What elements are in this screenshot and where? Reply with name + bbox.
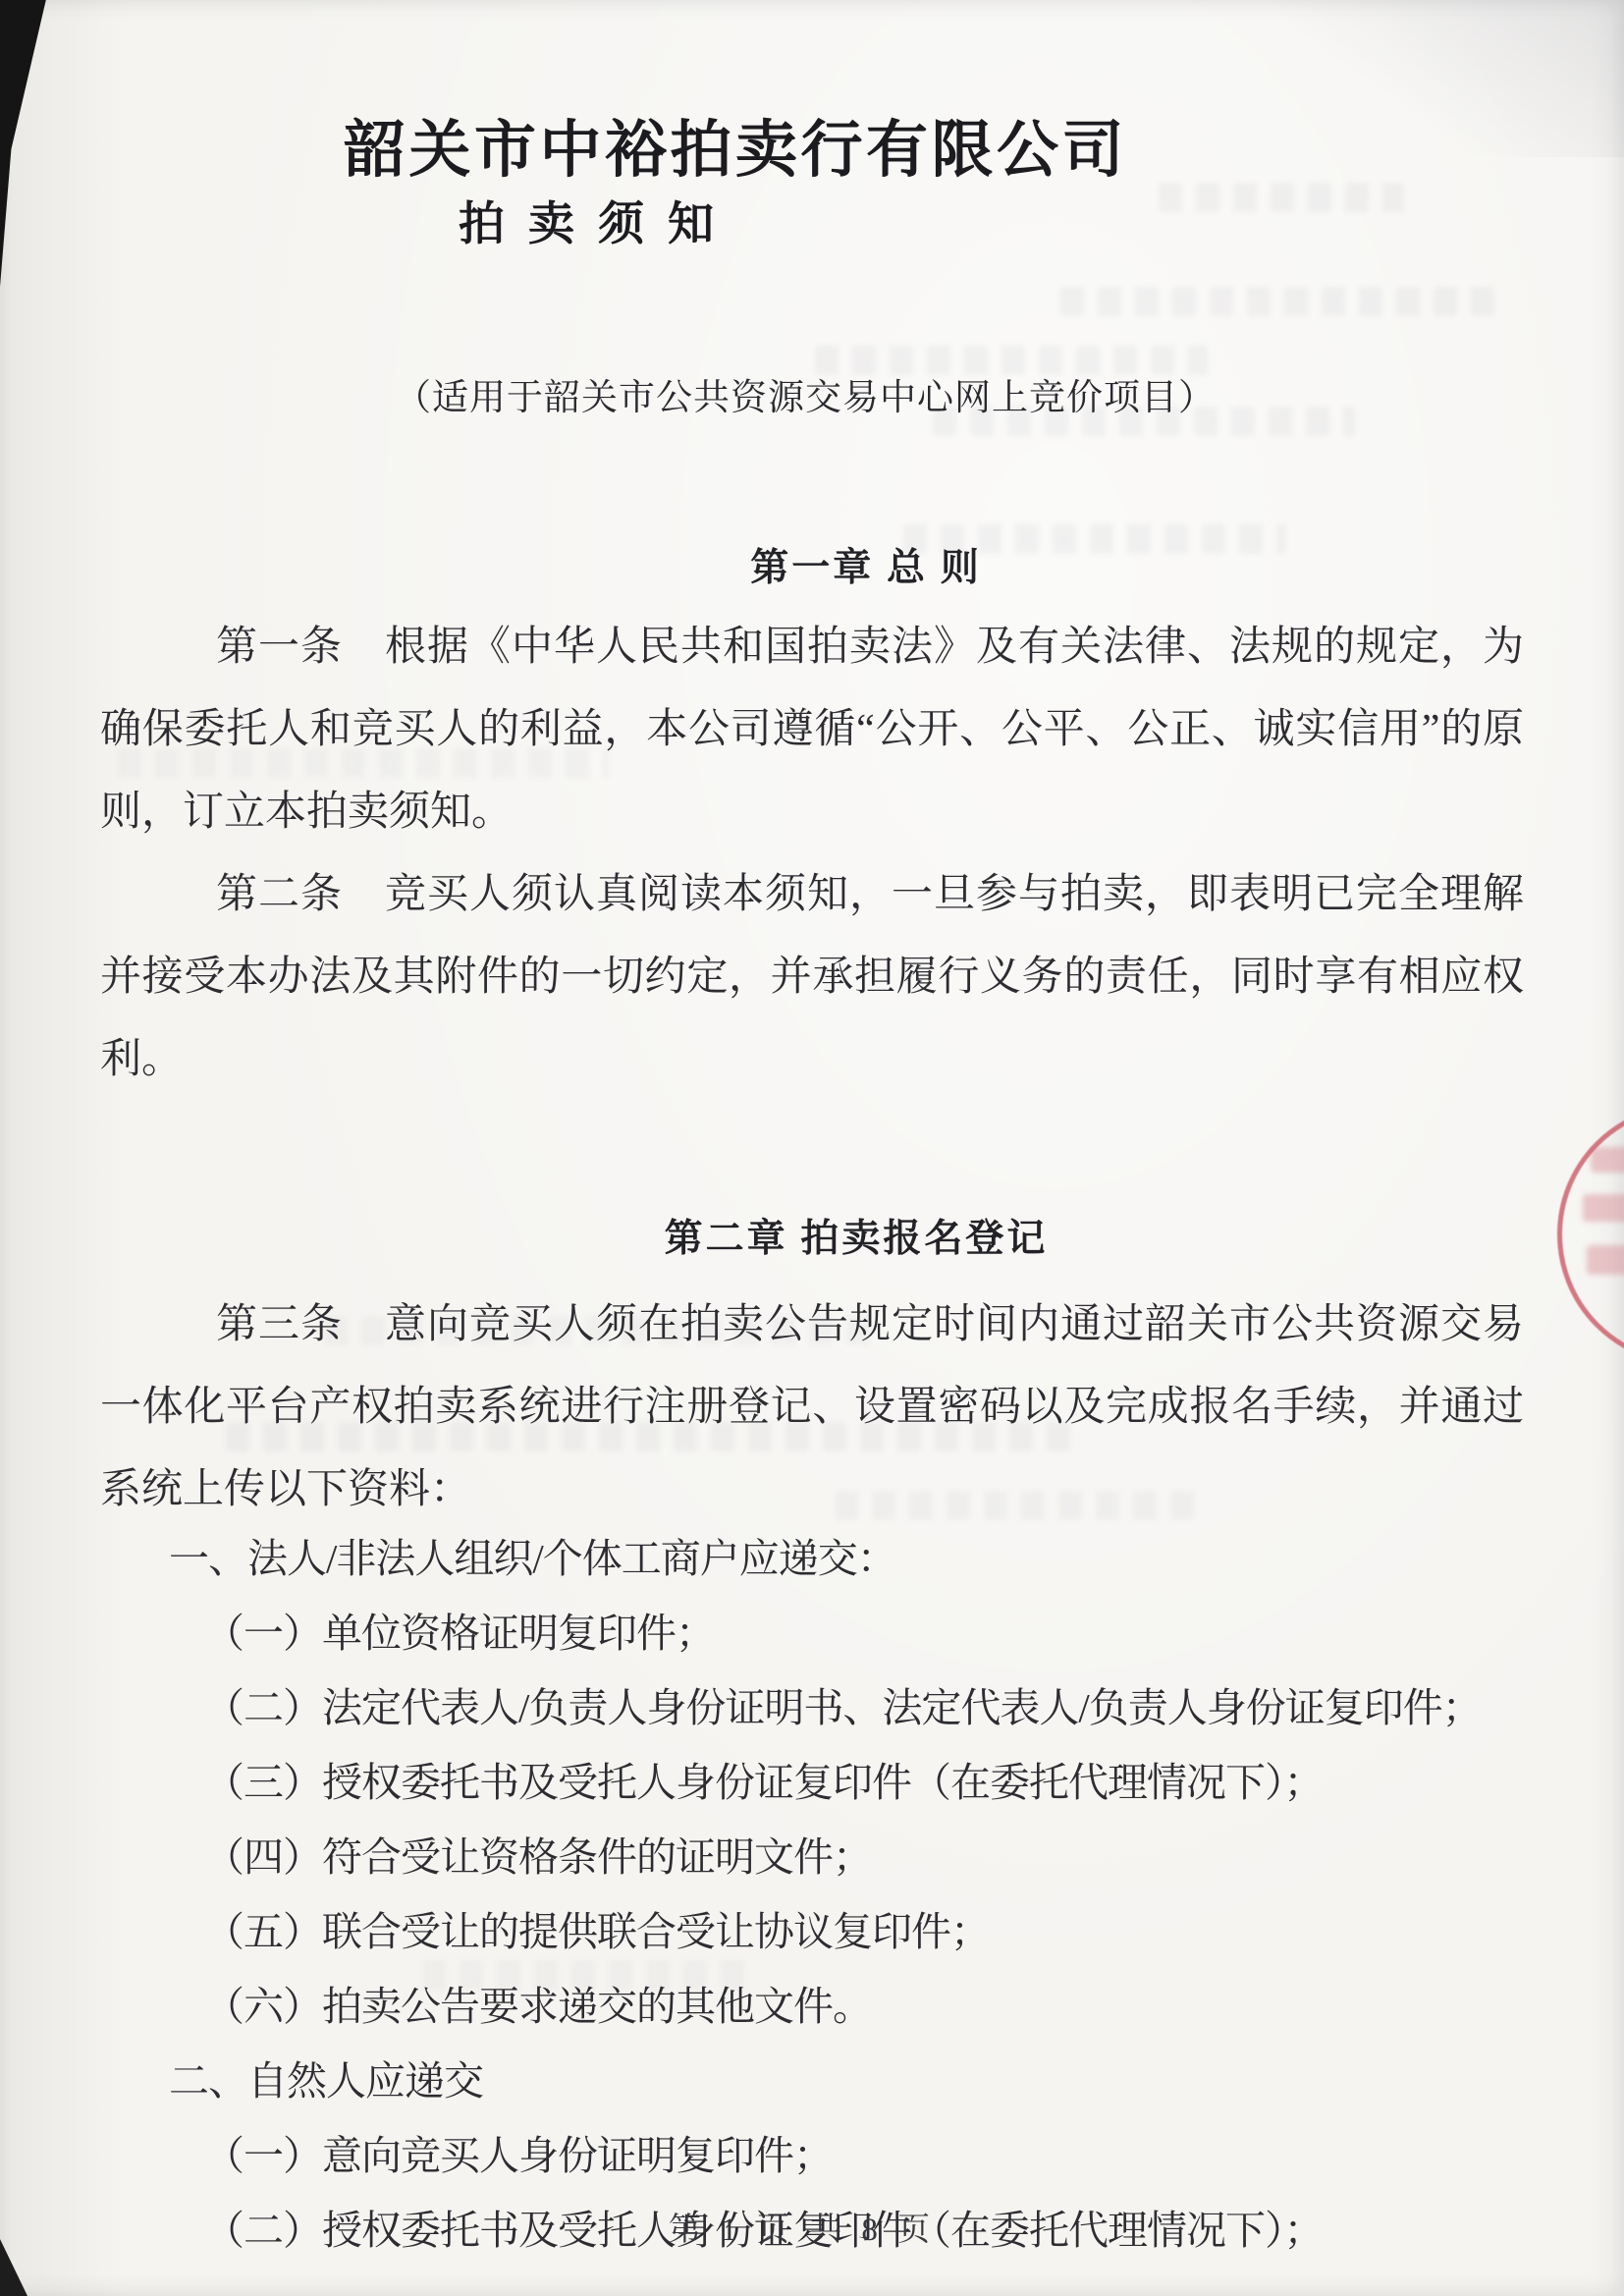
document-subtitle: （适用于韶关市公共资源交易中心网上竞价项目） [93,375,1517,422]
list-1-item: （二）法定代表人/负责人身份证明书、法定代表人/负责人身份证复印件； [100,1670,1524,1745]
article-2-paragraph: 第二条 竞买人须认真阅读本须知，一旦参与拍卖，即表明已完全理解并接受本办法及其附… [100,853,1524,1101]
chapter-2-heading: 第二章 拍卖报名登记 [144,1215,1568,1264]
article-1-paragraph: 第一条 根据《中华人民共和国拍卖法》及有关法律、法规的规定，为确保委托人和竞买人… [100,606,1524,853]
list-1-item: （一）单位资格证明复印件； [100,1596,1524,1670]
list-1-item: （五）联合受让的提供联合受让协议复印件； [100,1894,1524,1969]
list-1-item: （四）符合受让资格条件的证明文件； [100,1820,1524,1894]
list-1-item: （六）拍卖公告要求递交的其他文件。 [100,1969,1524,2044]
chapter-1-heading: 第一章 总 则 [154,544,1578,593]
red-stamp-text-artifact [1583,1194,1624,1222]
list-1-title: 一、法人/非法人组织/个体工商户应递交： [100,1521,1524,1596]
red-stamp-text-artifact [1591,1147,1624,1173]
list-1-item: （三）授权委托书及受托人身份证复印件（在委托代理情况下）； [100,1745,1524,1820]
list-2-item: （一）意向竞买人身份证明复印件； [100,2118,1524,2193]
page-number-footer: 第 1 页 共 8 页 [0,2210,1624,2251]
document-title: 拍卖须知 [0,192,1310,257]
article-3-paragraph: 第三条 意向竞买人须在拍卖公告规定时间内通过韶关市公共资源交易一体化平台产权拍卖… [100,1284,1524,1531]
red-stamp-text-artifact [1587,1245,1624,1275]
list-2-title: 二、自然人应递交 [100,2044,1524,2118]
scanned-document-page: 韶关市中裕拍卖行有限公司 拍卖须知 （适用于韶关市公共资源交易中心网上竞价项目）… [0,0,1624,2296]
requirements-list: 一、法人/非法人组织/个体工商户应递交： （一）单位资格证明复印件； （二）法定… [100,1521,1524,2268]
company-title: 韶关市中裕拍卖行有限公司 [24,114,1447,187]
document-content: 韶关市中裕拍卖行有限公司 拍卖须知 （适用于韶关市公共资源交易中心网上竞价项目）… [0,114,1624,2268]
